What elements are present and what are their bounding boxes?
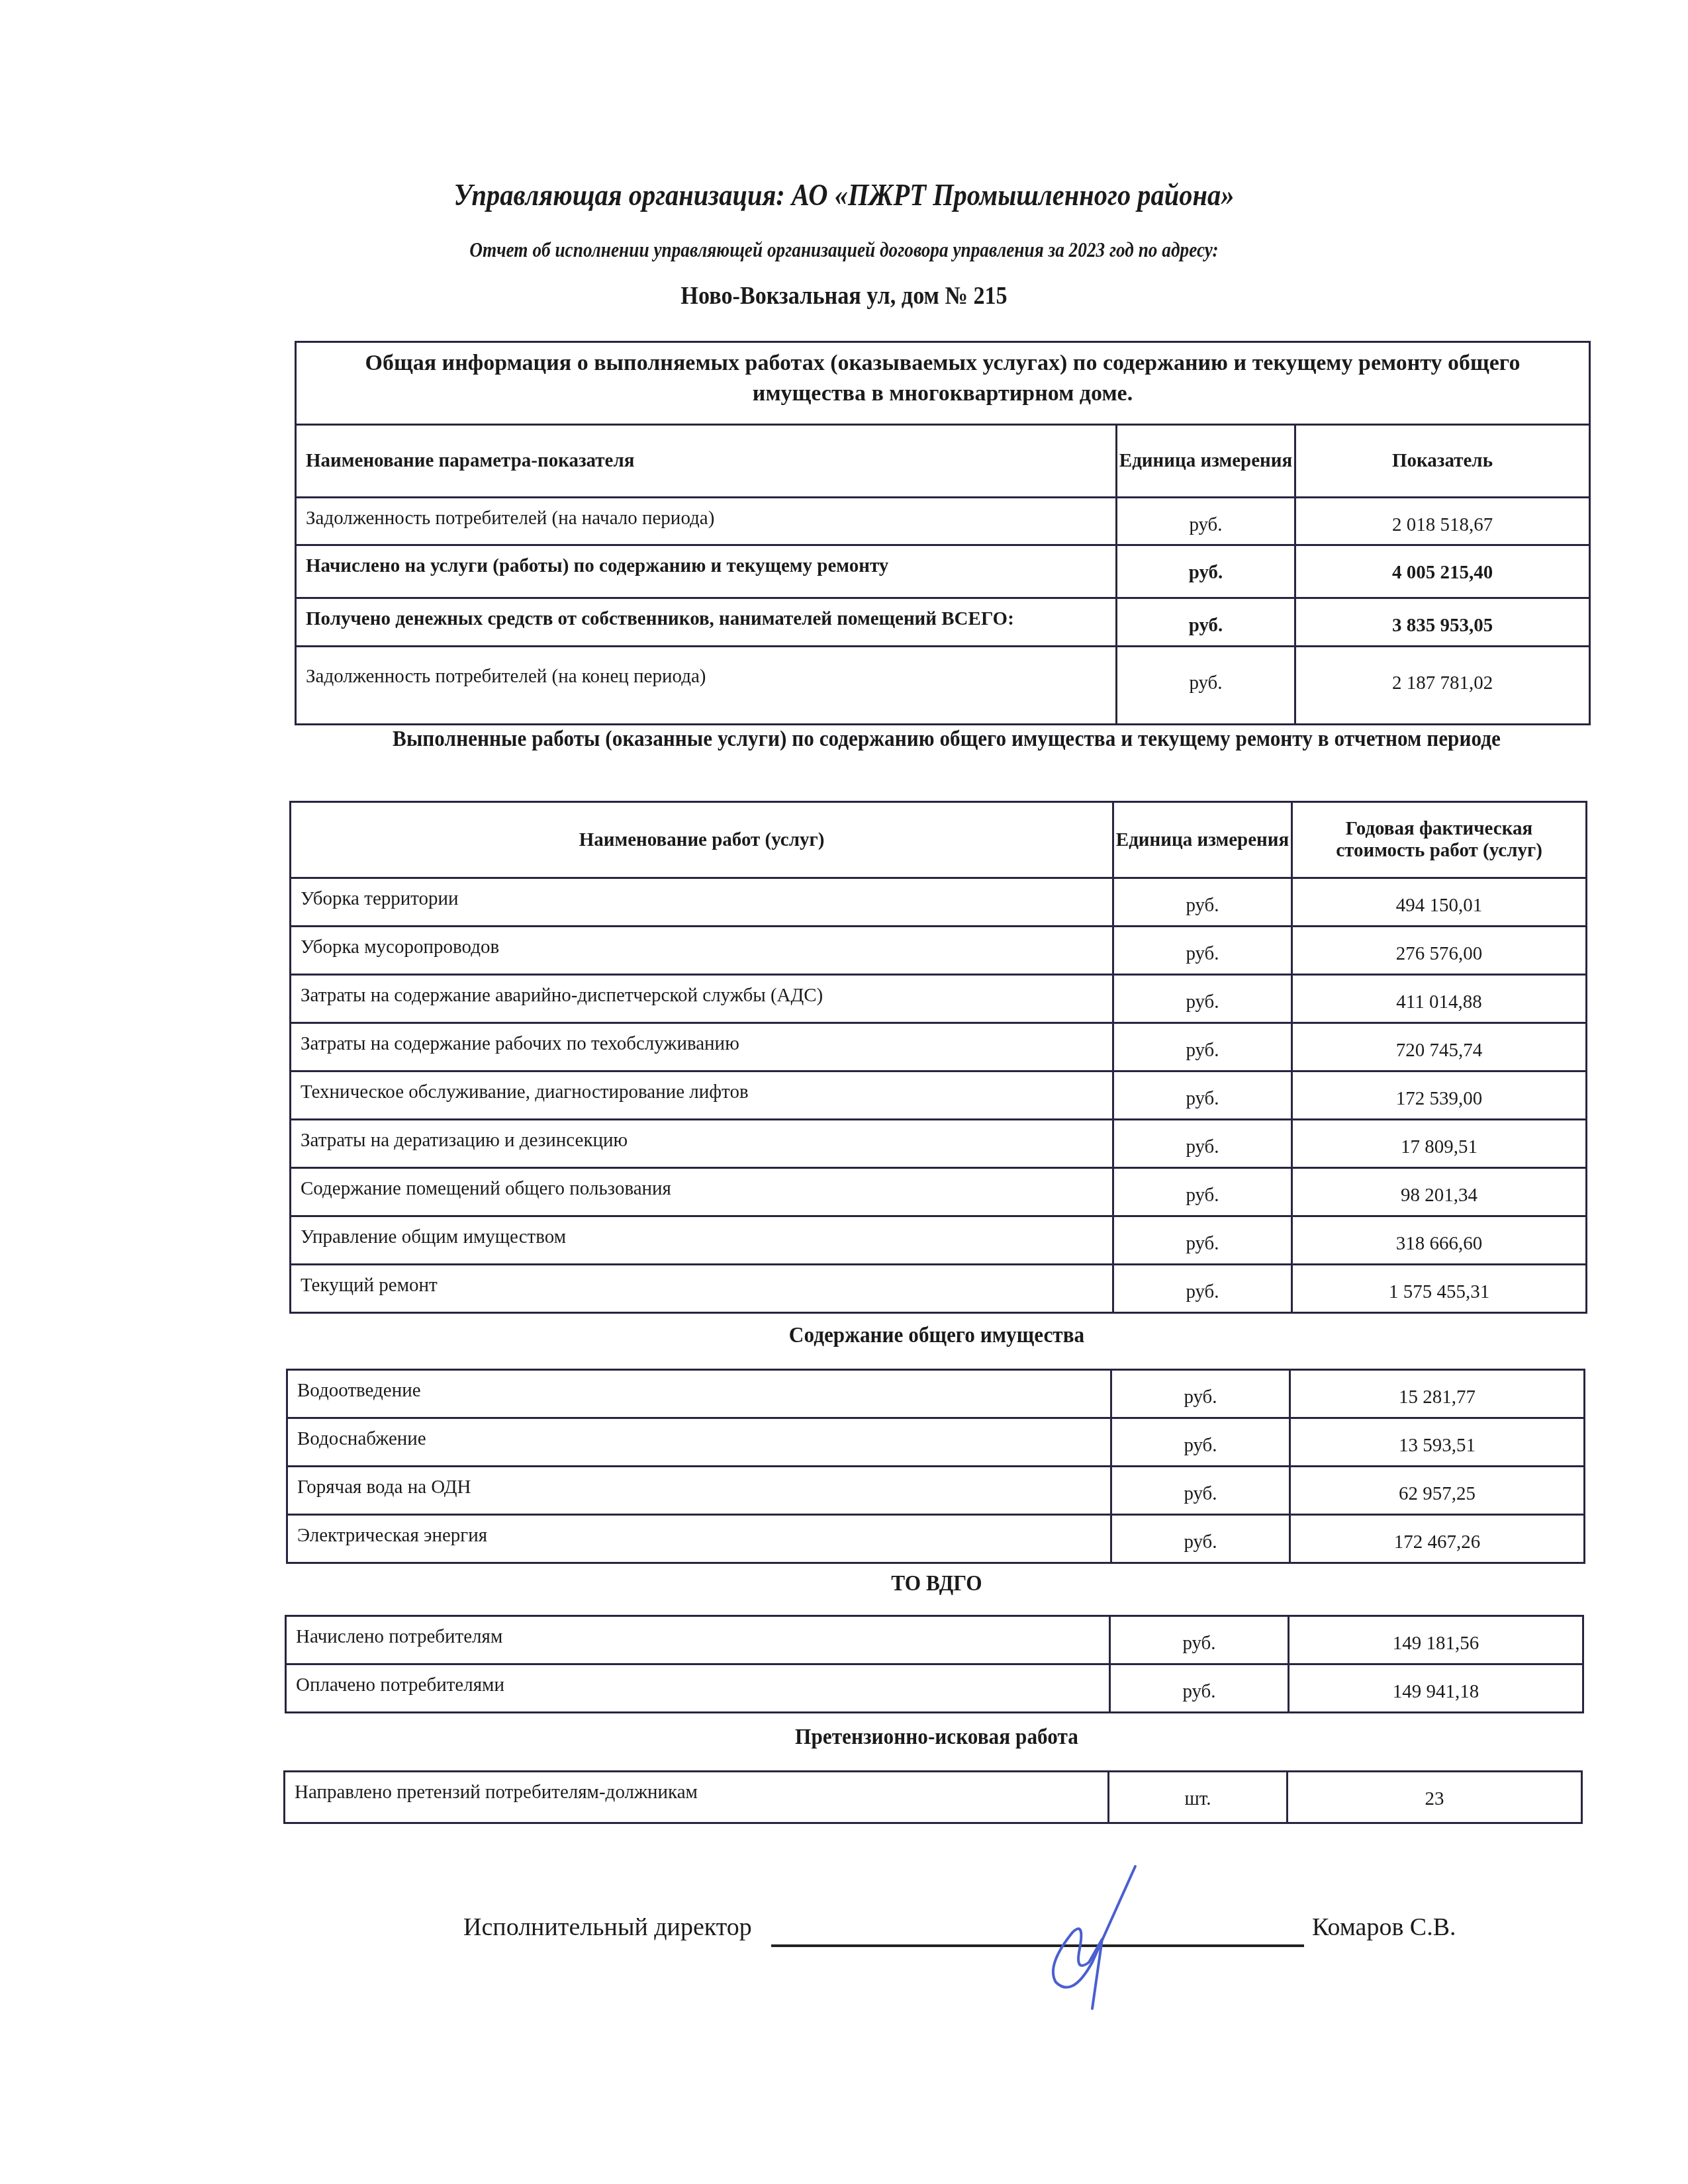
vdgo-table: Начислено потребителямруб.149 181,56Опла… (285, 1615, 1584, 1713)
column-header-parameter: Наименование параметра-показателя (296, 425, 1117, 498)
row-unit: руб. (1113, 975, 1292, 1023)
row-value: 318 666,60 (1292, 1216, 1587, 1265)
row-unit: руб. (1113, 1216, 1292, 1265)
row-name: Уборка мусоропроводов (291, 927, 1113, 975)
row-unit: руб. (1113, 1265, 1292, 1313)
table-row: Получено денежных средств от собственник… (296, 598, 1590, 647)
row-name: Начислено потребителям (286, 1616, 1110, 1664)
vdgo-title: ТО ВДГО (75, 1569, 1688, 1599)
row-unit: руб. (1111, 1418, 1290, 1467)
row-name: Задолженность потребителей (на конец пер… (296, 647, 1117, 725)
common-property-table: Водоотведениеруб.15 281,77Водоснабжениер… (286, 1369, 1585, 1564)
table-row: Электрическая энергияруб.172 467,26 (287, 1515, 1585, 1563)
common-property-title: Содержание общего имущества (75, 1320, 1688, 1351)
column-header-work: Наименование работ (услуг) (291, 802, 1113, 878)
table-row: Управление общим имуществомруб.318 666,6… (291, 1216, 1587, 1265)
row-value: 13 593,51 (1290, 1418, 1585, 1467)
table-row: Уборка мусоропроводовруб.276 576,00 (291, 927, 1587, 975)
table-row: Задолженность потребителей (на конец пер… (296, 647, 1590, 725)
row-unit: руб. (1110, 1664, 1289, 1713)
table-row: Начислено на услуги (работы) по содержан… (296, 545, 1590, 598)
works-table: Наименование работ (услуг) Единица измер… (289, 801, 1587, 1314)
row-name: Начислено на услуги (работы) по содержан… (296, 545, 1117, 598)
row-name: Уборка территории (291, 878, 1113, 927)
row-unit: руб. (1113, 1120, 1292, 1168)
row-name: Текущий ремонт (291, 1265, 1113, 1313)
table-row: Водоотведениеруб.15 281,77 (287, 1370, 1585, 1418)
row-value: 149 181,56 (1289, 1616, 1583, 1664)
column-header-unit: Единица измерения (1113, 802, 1292, 878)
row-name: Затраты на дератизацию и дезинсекцию (291, 1120, 1113, 1168)
general-info-table: Общая информация о выполняемых работах (… (295, 341, 1591, 725)
address-heading: Ново-Вокзальная ул, дом № 215 (85, 281, 1604, 310)
claims-title: Претензионно-исковая работа (75, 1722, 1688, 1752)
row-value: 15 281,77 (1290, 1370, 1585, 1418)
row-name: Управление общим имуществом (291, 1216, 1113, 1265)
table-row: Затраты на дератизацию и дезинсекциюруб.… (291, 1120, 1587, 1168)
table-row: Текущий ремонтруб.1 575 455,31 (291, 1265, 1587, 1313)
table-row: Оплачено потребителямируб.149 941,18 (286, 1664, 1583, 1713)
row-name: Затраты на содержание аварийно-диспетчер… (291, 975, 1113, 1023)
column-header-unit: Единица измерения (1117, 425, 1295, 498)
row-unit: руб. (1113, 1023, 1292, 1071)
row-value: 172 467,26 (1290, 1515, 1585, 1563)
row-unit: руб. (1117, 598, 1295, 647)
row-name: Содержание помещений общего пользования (291, 1168, 1113, 1216)
row-value: 4 005 215,40 (1295, 545, 1590, 598)
row-unit: руб. (1113, 878, 1292, 927)
row-value: 720 745,74 (1292, 1023, 1587, 1071)
signature-block: Исполнительный директор Комаров С.В. (463, 1906, 1483, 1959)
handwritten-signature-icon (993, 1846, 1165, 2012)
table-row: Начислено потребителямруб.149 181,56 (286, 1616, 1583, 1664)
general-info-title: Общая информация о выполняемых работах (… (296, 342, 1590, 425)
table-row: Затраты на содержание рабочих по техобсл… (291, 1023, 1587, 1071)
row-name: Затраты на содержание рабочих по техобсл… (291, 1023, 1113, 1071)
row-unit: руб. (1117, 647, 1295, 725)
row-name: Водоотведение (287, 1370, 1111, 1418)
row-name: Получено денежных средств от собственник… (296, 598, 1117, 647)
column-header-cost: Годовая фактическая стоимость работ (усл… (1292, 802, 1587, 878)
claims-table: Направлено претензий потребителям-должни… (283, 1770, 1583, 1824)
row-value: 23 (1288, 1772, 1582, 1823)
table-row: Горячая вода на ОДНруб.62 957,25 (287, 1467, 1585, 1515)
table-row: Техническое обслуживание, диагностирован… (291, 1071, 1587, 1120)
organization-title: Управляющая организация: АО «ПЖРТ Промыш… (101, 177, 1587, 212)
row-name: Техническое обслуживание, диагностирован… (291, 1071, 1113, 1120)
row-name: Электрическая энергия (287, 1515, 1111, 1563)
row-value: 276 576,00 (1292, 927, 1587, 975)
row-name: Задолженность потребителей (на начало пе… (296, 498, 1117, 545)
table-row: Затраты на содержание аварийно-диспетчер… (291, 975, 1587, 1023)
row-unit: руб. (1113, 1071, 1292, 1120)
row-unit: руб. (1113, 927, 1292, 975)
row-unit: руб. (1117, 498, 1295, 545)
row-value: 494 150,01 (1292, 878, 1587, 927)
row-unit: руб. (1111, 1370, 1290, 1418)
column-header-value: Показатель (1295, 425, 1590, 498)
row-value: 62 957,25 (1290, 1467, 1585, 1515)
row-name: Направлено претензий потребителям-должни… (285, 1772, 1109, 1823)
row-name: Горячая вода на ОДН (287, 1467, 1111, 1515)
row-unit: шт. (1109, 1772, 1288, 1823)
row-name: Водоснабжение (287, 1418, 1111, 1467)
row-value: 98 201,34 (1292, 1168, 1587, 1216)
row-value: 2 018 518,67 (1295, 498, 1590, 545)
table-row: Уборка территориируб.494 150,01 (291, 878, 1587, 927)
row-value: 1 575 455,31 (1292, 1265, 1587, 1313)
row-value: 149 941,18 (1289, 1664, 1583, 1713)
row-unit: руб. (1111, 1515, 1290, 1563)
table-row: Направлено претензий потребителям-должни… (285, 1772, 1582, 1823)
table-row: Задолженность потребителей (на начало пе… (296, 498, 1590, 545)
row-value: 172 539,00 (1292, 1071, 1587, 1120)
report-subtitle: Отчет об исполнении управляющей организа… (101, 238, 1587, 262)
row-unit: руб. (1111, 1467, 1290, 1515)
table-row: Содержание помещений общего пользованияр… (291, 1168, 1587, 1216)
works-section-title: Выполненные работы (оказанные услуги) по… (380, 724, 1513, 754)
table-row: Водоснабжениеруб.13 593,51 (287, 1418, 1585, 1467)
row-value: 2 187 781,02 (1295, 647, 1590, 725)
row-unit: руб. (1110, 1616, 1289, 1664)
row-value: 3 835 953,05 (1295, 598, 1590, 647)
row-value: 17 809,51 (1292, 1120, 1587, 1168)
row-unit: руб. (1117, 545, 1295, 598)
signatory-position: Исполнительный директор (463, 1913, 752, 1942)
signatory-name: Комаров С.В. (1312, 1913, 1456, 1942)
row-value: 411 014,88 (1292, 975, 1587, 1023)
row-unit: руб. (1113, 1168, 1292, 1216)
row-name: Оплачено потребителями (286, 1664, 1110, 1713)
